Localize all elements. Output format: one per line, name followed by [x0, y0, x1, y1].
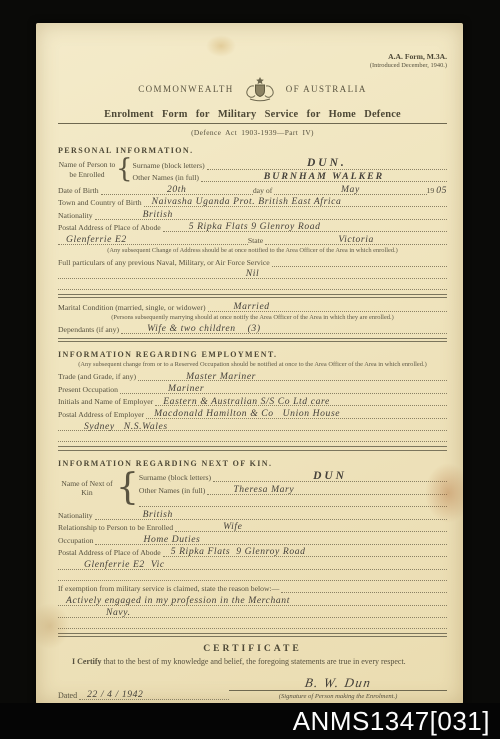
kin-group-rows: Surname (block letters) DUN Other Names …: [139, 470, 447, 508]
form-introduced-date: (Introduced December, 1940.): [58, 62, 447, 69]
state-value: Victoria: [338, 234, 374, 245]
kin-group-label: Name of Next of Kin: [58, 470, 116, 508]
field-label: Dependants (if any): [58, 326, 121, 334]
field-label: Marital Condition (married, single, or w…: [58, 304, 208, 312]
field-label: Present Occupation: [58, 386, 120, 394]
blank-rule-line: [58, 570, 447, 581]
field-surname: Surname (block letters) DUN.: [133, 158, 447, 170]
dotted-line: 5 Ripka Flats 9 Glenroy Road: [163, 221, 447, 232]
dotted-line: Sydney N.S.Wales: [58, 421, 447, 432]
dotted-line: BURNHAM WALKER: [201, 171, 447, 182]
field-value: Glenferrie E2: [66, 234, 127, 245]
commonwealth-text: COMMONWEALTH: [138, 84, 233, 94]
field-label: Other Names (in full): [133, 174, 201, 182]
dotted-line: Master Mariner: [138, 371, 447, 382]
field-kin-abode: Postal Address of Place of Abode 5 Ripka…: [58, 546, 447, 558]
signature-line: B. W. Dun: [229, 672, 447, 691]
dotted-line: British: [95, 209, 447, 220]
employment-note: (Any subsequent change from or to a Rese…: [58, 361, 447, 368]
dotted-line: Wife: [175, 521, 447, 532]
field-value: BURNHAM WALKER: [264, 171, 384, 182]
field-kin-abode-line2: Glenferrie E2 Vic: [58, 558, 447, 570]
field-label: Initials and Name of Employer: [58, 398, 155, 406]
coat-of-arms-icon: [243, 76, 277, 102]
field-nationality: Nationality British: [58, 208, 447, 220]
dotted-line: [272, 266, 447, 267]
field-employer-address-line2: Sydney N.S.Wales: [58, 420, 447, 432]
field-label: Full particulars of any previous Naval, …: [58, 259, 272, 267]
field-value: Nil: [246, 268, 260, 279]
dotted-line: DUN.: [207, 157, 447, 170]
kin-blank-line: [139, 496, 447, 508]
dotted-line: Nil: [58, 268, 447, 279]
signature-caption: (Signature of Person making the Enrolmen…: [229, 693, 447, 700]
certify-lead: I Certify: [72, 657, 102, 666]
signature-value: B. W. Dun: [304, 676, 372, 689]
field-label: Nationality: [58, 212, 95, 220]
certificate-statement: I Certify that to the best of my knowled…: [58, 657, 447, 667]
defence-act-subtitle: (Defence Act 1903-1939—Part IV): [58, 128, 447, 137]
field-value: DUN.: [307, 157, 347, 169]
field-label: Postal Address of Place of Abode: [58, 224, 163, 232]
catalog-number: ANMS1347[031]: [293, 706, 490, 737]
dotted-line: [281, 592, 447, 593]
field-label: Relationship to Person to be Enrolled: [58, 524, 175, 532]
field-value: Glenferrie E2 Vic: [84, 559, 165, 570]
field-date-of-birth: Date of Birth 20th day of May 19 05: [58, 183, 447, 195]
field-kin-other-names: Other Names (in full) Theresa Mary: [139, 483, 447, 495]
day-of-label: day of: [253, 187, 274, 195]
enrolment-form-page: A.A. Form, M.3A. (Introduced December, 1…: [36, 23, 463, 704]
brace-glyph: {: [116, 157, 133, 182]
dotted-line: Glenferrie E2 Vic: [58, 559, 447, 570]
exemption-value-line1: Actively engaged in my profession in the…: [58, 594, 447, 606]
field-value: Married: [234, 301, 270, 312]
field-present-occupation: Present Occupation Mariner: [58, 382, 447, 394]
dotted-line: Theresa Mary: [207, 484, 447, 495]
form-title: Enrolment Form for Military Service for …: [58, 109, 447, 120]
field-label: Postal Address of Employer: [58, 411, 146, 419]
field-label: Date of Birth: [58, 187, 101, 195]
field-value: British: [143, 209, 173, 220]
field-value: 5 Ripka Flats 9 Glenroy Road: [171, 546, 306, 557]
field-kin-occupation: Occupation Home Duties: [58, 533, 447, 545]
field-label: Surname (block letters): [139, 474, 213, 482]
marital-note: (Persons subsequently marrying should at…: [58, 314, 447, 321]
field-trade: Trade (and Grade, if any) Master Mariner: [58, 370, 447, 382]
section-divider: [58, 338, 447, 342]
dotted-line: Actively engaged in my profession in the…: [58, 595, 447, 606]
field-label: If exemption from military service is cl…: [58, 585, 281, 593]
field-exemption: If exemption from military service is cl…: [58, 582, 447, 594]
dotted-line: Naivasha Uganda Prot. British East Afric…: [144, 196, 447, 207]
commonwealth-header: COMMONWEALTH OF AUSTRALIA: [58, 76, 447, 102]
field-value: DUN: [313, 470, 347, 482]
dotted-line: Eastern & Australian S/S Co Ltd care: [155, 396, 447, 407]
field-value: Naivasha Uganda Prot. British East Afric…: [152, 196, 342, 207]
field-value: Wife & two children (3): [147, 323, 261, 334]
address-change-note: (Any subsequent Change of Address should…: [58, 247, 447, 254]
field-kin-nationality: Nationality British: [58, 508, 447, 520]
certify-rest: that to the best of my knowledge and bel…: [104, 657, 406, 666]
signature-block: B. W. Dun (Signature of Person making th…: [229, 672, 447, 700]
dotted-line: Victoria: [265, 234, 447, 245]
previous-service-value-line: Nil: [58, 268, 447, 280]
form-number: A.A. Form, M.3A.: [58, 53, 447, 62]
field-label: Town and Country of Birth: [58, 199, 144, 207]
field-value: 5 Ripka Flats 9 Glenroy Road: [189, 221, 321, 232]
title-underline: [58, 123, 447, 124]
state-label: State: [248, 237, 265, 245]
dotted-line: 22 / 4 / 1942: [79, 689, 229, 700]
brace-glyph: {: [116, 470, 139, 508]
field-label: Postal Address of Place of Abode: [58, 549, 163, 557]
dob-month-value: May: [341, 184, 360, 195]
scanned-document-photo: A.A. Form, M.3A. (Introduced December, 1…: [0, 0, 500, 739]
dated-value: 22 / 4 / 1942: [87, 689, 143, 700]
field-abode-address-line2: Glenferrie E2 State Victoria: [58, 233, 447, 245]
dotted-line: Navy.: [58, 607, 447, 618]
form-number-block: A.A. Form, M.3A. (Introduced December, 1…: [58, 53, 447, 69]
dotted-line: DUN: [213, 470, 447, 483]
dated-signature-row: Dated 22 / 4 / 1942 B. W. Dun (Signature…: [58, 672, 447, 700]
field-kin-relationship: Relationship to Person to be Enrolled Wi…: [58, 521, 447, 533]
field-value: Navy.: [106, 607, 131, 618]
field-dependants: Dependants (if any) Wife & two children …: [58, 322, 447, 334]
dotted-line: [139, 506, 447, 507]
field-value: Actively engaged in my profession in the…: [66, 595, 290, 606]
section-divider: [58, 446, 447, 450]
field-label: Other Names (in full): [139, 487, 207, 495]
field-value: Macdonald Hamilton & Co Union House: [154, 408, 340, 419]
field-birthplace: Town and Country of Birth Naivasha Ugand…: [58, 196, 447, 208]
blank-rule-line: [58, 431, 447, 442]
field-previous-service: Full particulars of any previous Naval, …: [58, 255, 447, 267]
blank-rule-line: [58, 618, 447, 629]
field-value: Theresa Mary: [233, 484, 294, 495]
field-value: Wife: [223, 521, 242, 532]
field-value: Mariner: [168, 383, 204, 394]
field-dated: Dated 22 / 4 / 1942: [58, 689, 229, 700]
certificate-heading: CERTIFICATE: [58, 643, 447, 654]
blank-rule-line: [58, 279, 447, 290]
field-value: Sydney N.S.Wales: [84, 421, 168, 432]
name-group-label: Name of Person to be Enrolled: [58, 157, 116, 182]
catalog-band: ANMS1347[031]: [0, 703, 500, 739]
name-of-kin-group: Name of Next of Kin { Surname (block let…: [58, 470, 447, 508]
field-kin-surname: Surname (block letters) DUN: [139, 471, 447, 483]
dotted-line: 5 Ripka Flats 9 Glenroy Road: [163, 546, 447, 557]
field-label: Dated: [58, 692, 79, 700]
field-marital-condition: Marital Condition (married, single, or w…: [58, 300, 447, 312]
dotted-line: Macdonald Hamilton & Co Union House: [146, 408, 447, 419]
exemption-value-line2: Navy.: [58, 607, 447, 619]
dob-year-value: 05: [436, 186, 447, 196]
section-divider: [58, 294, 447, 298]
of-australia-text: OF AUSTRALIA: [286, 84, 367, 94]
name-group-rows: Surname (block letters) DUN. Other Names…: [133, 157, 447, 182]
field-value: Eastern & Australian S/S Co Ltd care: [163, 396, 330, 407]
dotted-line: British: [95, 509, 447, 520]
field-other-names: Other Names (in full) BURNHAM WALKER: [133, 171, 447, 183]
dotted-line: Home Duties: [95, 534, 447, 545]
field-label: Trade (and Grade, if any): [58, 373, 138, 381]
field-label: Nationality: [58, 512, 95, 520]
field-employer-name: Initials and Name of Employer Eastern & …: [58, 395, 447, 407]
section-employment-heading: INFORMATION REGARDING EMPLOYMENT.: [58, 350, 447, 359]
dotted-line: 20th: [101, 184, 253, 195]
dotted-line: May: [274, 184, 426, 195]
field-value: Home Duties: [143, 534, 200, 545]
field-abode-address: Postal Address of Place of Abode 5 Ripka…: [58, 221, 447, 233]
dotted-line: Wife & two children (3): [121, 323, 447, 334]
dotted-line: Married: [208, 301, 447, 312]
dotted-line: Mariner: [120, 383, 447, 394]
dotted-line: Glenferrie E2: [58, 234, 248, 245]
year-prefix: 19: [427, 187, 437, 195]
field-employer-address: Postal Address of Employer Macdonald Ham…: [58, 407, 447, 419]
field-value: British: [143, 509, 173, 520]
field-value: Master Mariner: [186, 371, 256, 382]
section-divider: [58, 633, 447, 637]
field-label: Occupation: [58, 537, 95, 545]
dob-day-value: 20th: [167, 184, 186, 195]
field-label: Surname (block letters): [133, 162, 207, 170]
name-of-person-group: Name of Person to be Enrolled { Surname …: [58, 157, 447, 182]
